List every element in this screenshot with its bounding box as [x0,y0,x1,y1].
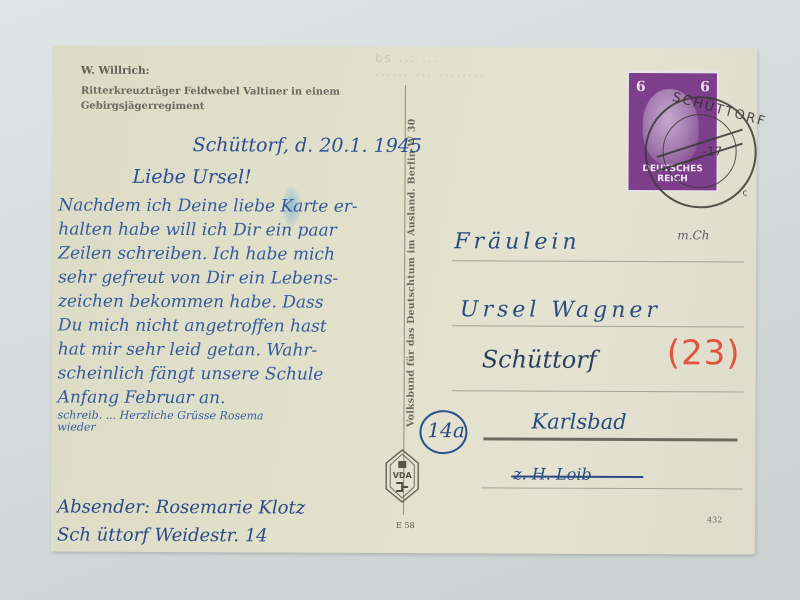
letter-line: Du mich nicht angetroffen hast [58,313,357,338]
faded-line-2: ...... ... ........ [375,65,486,79]
struck-extra: z. H. Loib [513,464,591,483]
letter-line: Nachdem ich Deine liebe Karte er- [58,193,357,218]
emblem-code: E 58 [396,521,415,530]
postmark-date: -17 [703,144,723,158]
sender-block: Absender: Rosemarie Klotz Sch üttorf Wei… [57,493,305,550]
faded-line-1: bs ... ... [375,51,486,65]
struck-city: Karlsbad [531,410,626,434]
address-rule [452,260,744,262]
address-city: Schüttorf [482,345,597,374]
letter-line: halten habe will ich Dir ein paar [58,217,357,242]
address-note: m.Ch [677,228,709,242]
letter-line: Zeilen schreiben. Ich habe mich [58,241,357,266]
letter-line-small: schreib. ... Herzliche Grüsse Rosema [57,409,356,422]
address-rule [481,487,743,489]
letter-line: hat mir sehr leid getan. Wahr- [58,337,357,362]
vda-emblem-icon: VDA [385,449,419,503]
stamp-value-right: 6 [700,79,710,95]
circled-code: 14a [419,410,467,454]
letter-body: Nachdem ich Deine liebe Karte er- halten… [57,193,357,434]
imprint-title: Ritterkreuzträger Feldwebel Valtiner in … [81,84,421,115]
letter-line: Anfang Februar an. [58,385,357,410]
card-number: 432 [707,515,722,524]
postmark: SCHÜTTORF -17 c [644,96,756,208]
postcard: bs ... ... ...... ... ........ W. Willri… [51,45,757,554]
letter-greeting: Liebe Ursel! [132,166,251,189]
faded-pencil-writing: bs ... ... ...... ... ........ [375,51,486,79]
postal-zone-mark: (23) [667,333,741,373]
letter-date: Schüttorf, d. 20.1. 1945 [193,134,422,157]
letter-line: sehr gefreut von Dir ein Lebens- [58,265,357,290]
sender-name: Absender: Rosemarie Klotz [57,493,305,522]
letter-line-small: wieder [57,421,356,434]
address-salutation: Fräulein [454,229,580,255]
letter-line: zeichen bekommen habe. Dass [58,289,357,314]
address-name: Ursel Wagner [460,297,661,323]
svg-text:VDA: VDA [393,471,413,480]
postmark-sub: c [742,188,747,198]
sender-address: Sch üttorf Weidestr. 14 [57,521,305,550]
stamp-value-left: 6 [636,79,646,95]
strikethrough-line [483,437,737,441]
address-rule [452,390,744,392]
imprint-artist: W. Willrich: [81,65,150,77]
circled-code-text: 14a [427,418,464,442]
letter-line: scheinlich fängt unsere Schule [58,361,357,386]
publisher-imprint: Volksbund für das Deutschtum im Ausland.… [405,119,417,427]
address-rule [452,325,744,327]
